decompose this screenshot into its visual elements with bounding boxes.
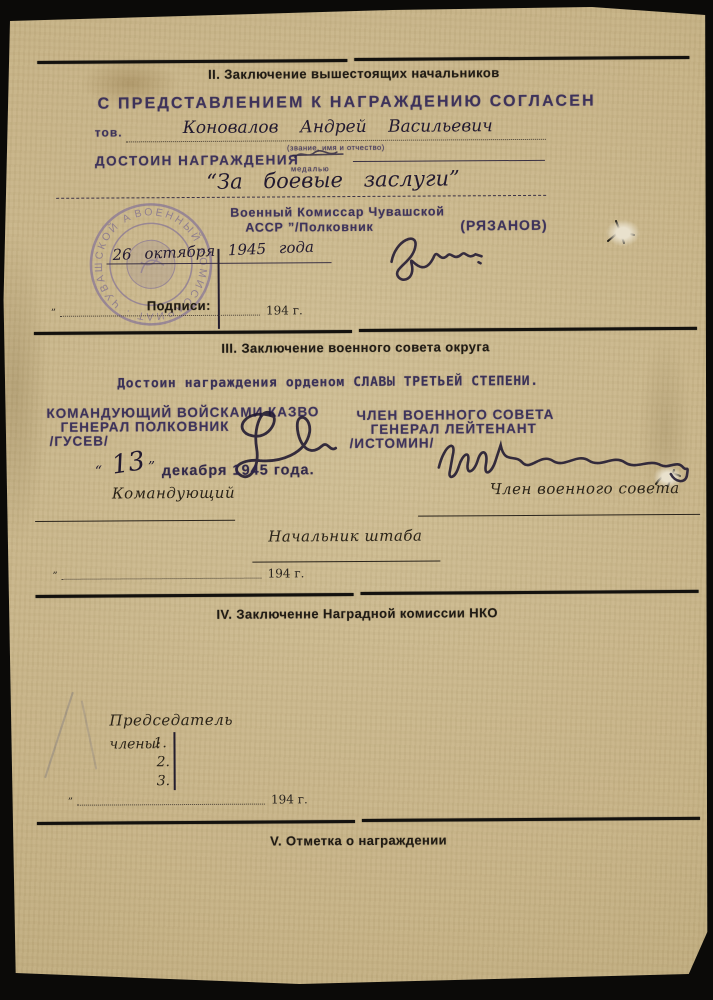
tov-label: тов. bbox=[95, 125, 123, 139]
date-close-quote: ” bbox=[148, 459, 155, 475]
year-line-sec4: ” 194 г. bbox=[40, 792, 308, 808]
divider3-left bbox=[36, 593, 354, 598]
member-sign-line bbox=[418, 514, 700, 517]
scanned-document-page: II. Заключение вышестоящих начальников С… bbox=[0, 0, 713, 1000]
council-member-caption: Член военного совета bbox=[490, 479, 680, 498]
divider2-right bbox=[359, 327, 697, 332]
commissar-line-1: Военный Комиссар Чувашской bbox=[230, 204, 445, 219]
divider4-left bbox=[37, 820, 355, 825]
members-vertical-line bbox=[173, 732, 175, 790]
section-v-heading: V. Отметка о награждении bbox=[2, 831, 713, 850]
chairman-caption: Председатель bbox=[109, 711, 233, 730]
signature-ryazanov bbox=[381, 225, 491, 292]
commander-post-line2: ГЕНЕРАЛ ПОЛКОВНИК bbox=[61, 419, 230, 435]
divider3-right bbox=[361, 590, 699, 595]
awardee-name-handwritten: Коновалов Андрей Васильевич bbox=[133, 116, 543, 139]
member-number-1: 1. bbox=[153, 735, 166, 751]
year-dotted-line bbox=[77, 804, 265, 806]
year-quote: ” bbox=[51, 308, 60, 319]
divider4-right bbox=[362, 817, 700, 822]
worthy-of-award-label: ДОСТОИН НАГРАЖДЕНИЯ bbox=[95, 152, 299, 168]
year-label: 194 г. bbox=[266, 303, 303, 317]
chief-sign-line bbox=[252, 560, 440, 562]
worthy-line bbox=[353, 160, 545, 162]
date-open-quote: “ bbox=[95, 464, 102, 480]
date-month-year: декабря 1945 года. bbox=[162, 462, 315, 479]
commander-surname: /ГУСЕВ/ bbox=[50, 434, 109, 449]
commander-sign-line bbox=[35, 520, 235, 523]
section-iv-heading: IV. Заключенне Наградной комиссии НКО bbox=[1, 604, 713, 623]
council-member-surname: /ИСТОМИН/ bbox=[350, 436, 435, 452]
year-quote: ” bbox=[52, 571, 61, 582]
divider2-left bbox=[34, 330, 352, 335]
resolution-typed-line: Достоин награждения орденом СЛАВЫ ТРЕТЬЕ… bbox=[117, 374, 538, 392]
rule-top-right bbox=[354, 56, 689, 61]
year-quote: ” bbox=[68, 797, 77, 808]
chief-of-staff-caption: Начальник штаба bbox=[268, 527, 422, 546]
commander-caption: Командующий bbox=[112, 484, 235, 503]
year-label: 194 г. bbox=[268, 566, 305, 580]
agree-stamp-line: С ПРЕДСТАВЛЕНИЕМ К НАГРАЖДЕНИЮ СОГЛАСЕН bbox=[98, 93, 596, 114]
document-content: II. Заключение вышестоящих начальников С… bbox=[0, 0, 713, 1000]
year-dotted-line bbox=[61, 578, 261, 580]
date-day-handwritten: 13 bbox=[110, 446, 147, 480]
section-iii-heading: III. Заключение военного совета округа bbox=[0, 338, 712, 357]
year-line-sec2: ” 194 г. bbox=[51, 303, 303, 319]
member-number-3: 3. bbox=[157, 773, 170, 789]
year-label: 194 г. bbox=[271, 792, 308, 806]
year-dotted-line bbox=[60, 315, 260, 317]
section-ii-heading: II. Заключение вышестоящих начальников bbox=[0, 64, 710, 83]
commissar-line-2: АССР ”/Полковник bbox=[245, 220, 373, 235]
year-line-sec3: ” 194 г. bbox=[52, 566, 304, 582]
rule-top-left bbox=[37, 59, 347, 63]
member-number-2: 2. bbox=[157, 754, 170, 770]
